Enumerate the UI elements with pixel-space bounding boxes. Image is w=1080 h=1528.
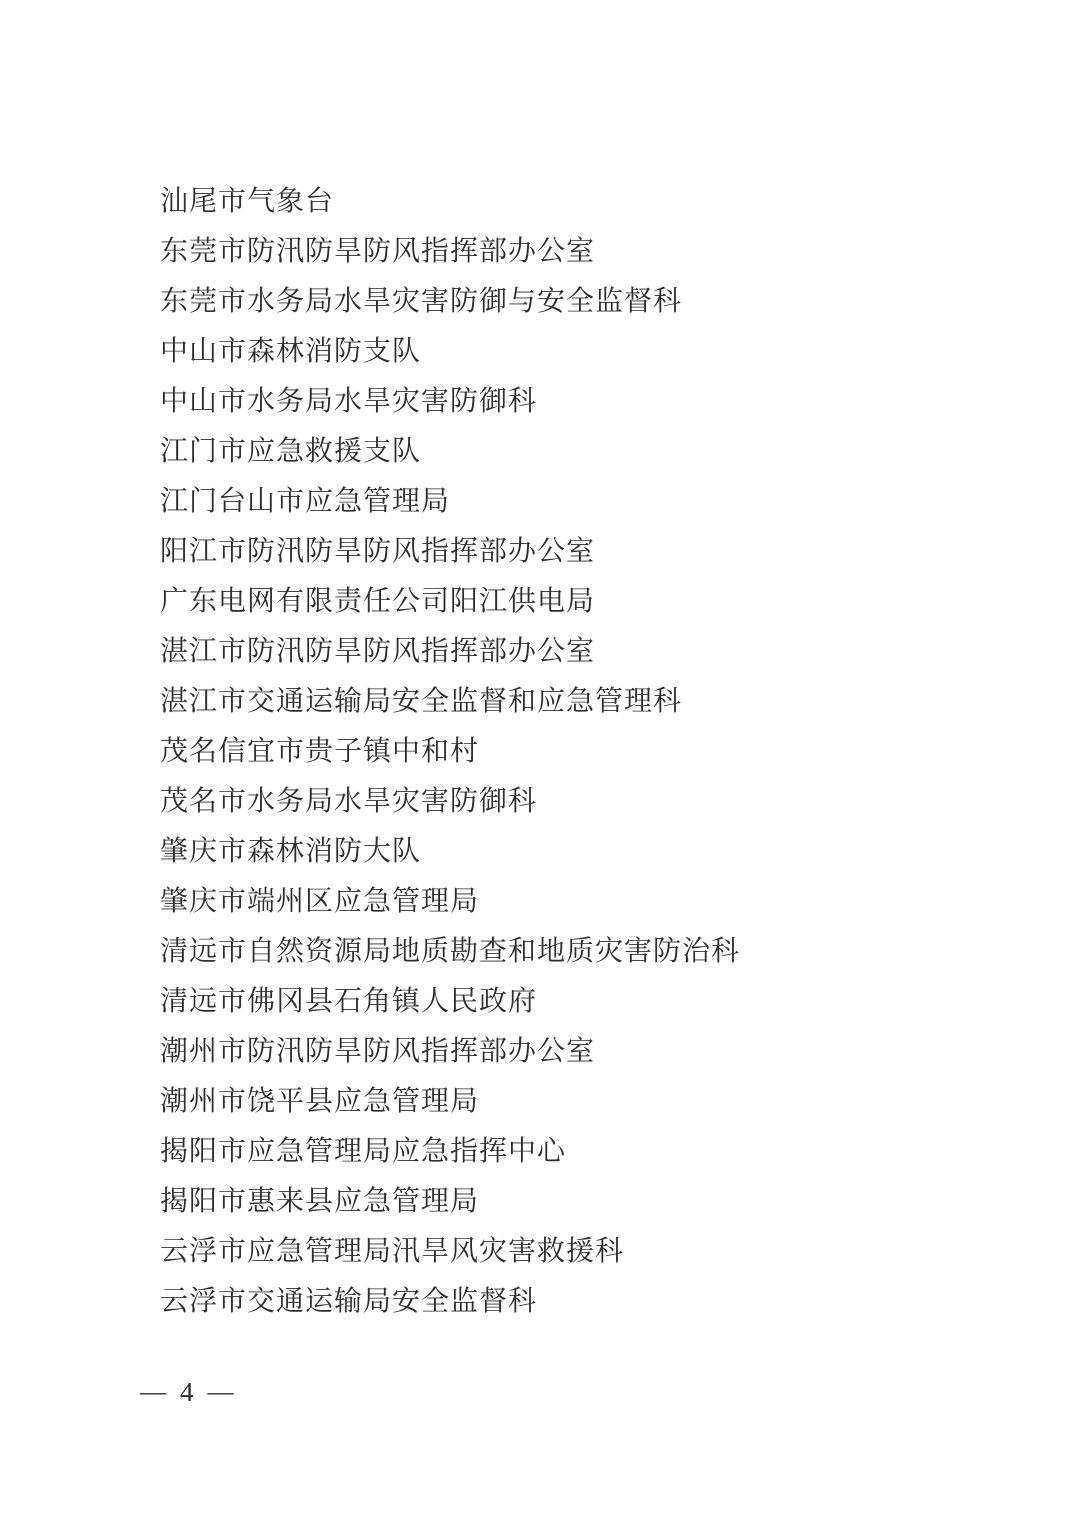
list-item: 东莞市防汛防旱防风指挥部办公室 xyxy=(160,227,1040,277)
page-number-value: 4 xyxy=(180,1377,194,1408)
list-item: 揭阳市惠来县应急管理局 xyxy=(160,1177,1040,1227)
list-item: 揭阳市应急管理局应急指挥中心 xyxy=(160,1127,1040,1177)
list-item: 肇庆市森林消防大队 xyxy=(160,827,1040,877)
list-item: 中山市森林消防支队 xyxy=(160,327,1040,377)
list-item: 汕尾市气象台 xyxy=(160,177,1040,227)
list-item: 云浮市应急管理局汛旱风灾害救援科 xyxy=(160,1227,1040,1277)
document-page: 汕尾市气象台 东莞市防汛防旱防风指挥部办公室 东莞市水务局水旱灾害防御与安全监督… xyxy=(0,0,1080,1528)
list-item: 清远市佛冈县石角镇人民政府 xyxy=(160,977,1040,1027)
list-item: 茂名市水务局水旱灾害防御科 xyxy=(160,777,1040,827)
list-item: 清远市自然资源局地质勘查和地质灾害防治科 xyxy=(160,927,1040,977)
list-item: 广东电网有限责任公司阳江供电局 xyxy=(160,577,1040,627)
list-item: 江门台山市应急管理局 xyxy=(160,477,1040,527)
list-item: 阳江市防汛防旱防风指挥部办公室 xyxy=(160,527,1040,577)
list-item: 潮州市防汛防旱防风指挥部办公室 xyxy=(160,1027,1040,1077)
list-item: 湛江市交通运输局安全监督和应急管理科 xyxy=(160,677,1040,727)
list-item: 湛江市防汛防旱防风指挥部办公室 xyxy=(160,627,1040,677)
list-item: 中山市水务局水旱灾害防御科 xyxy=(160,377,1040,427)
list-item: 茂名信宜市贵子镇中和村 xyxy=(160,727,1040,777)
page-number-left-dash: — xyxy=(140,1377,166,1407)
list-item: 潮州市饶平县应急管理局 xyxy=(160,1077,1040,1127)
page-number: — 4 — xyxy=(140,1372,234,1412)
org-list: 汕尾市气象台 东莞市防汛防旱防风指挥部办公室 东莞市水务局水旱灾害防御与安全监督… xyxy=(160,177,1040,1327)
list-item: 云浮市交通运输局安全监督科 xyxy=(160,1277,1040,1327)
list-item: 肇庆市端州区应急管理局 xyxy=(160,877,1040,927)
list-item: 东莞市水务局水旱灾害防御与安全监督科 xyxy=(160,277,1040,327)
page-number-right-dash: — xyxy=(208,1377,234,1407)
list-item: 江门市应急救援支队 xyxy=(160,427,1040,477)
